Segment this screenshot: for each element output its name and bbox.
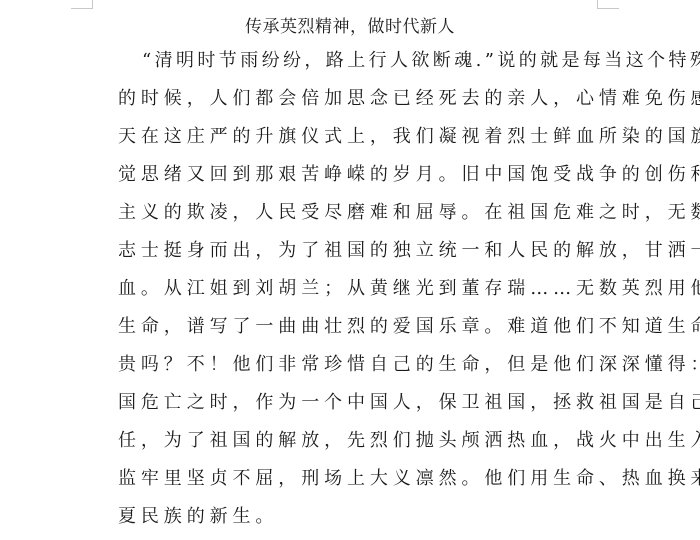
paragraph-line: 血。从江姐到刘胡兰；从黄继光到董存瑞……无数英烈用他们的 <box>118 276 598 314</box>
paragraph-line: 生命，谱写了一曲曲壮烈的爱国乐章。难道他们不知道生命的可 <box>118 314 598 352</box>
paragraph-line: 国危亡之时，作为一个中国人，保卫祖国，拯救祖国是自己的责 <box>118 390 598 428</box>
page-corner-mark-right <box>597 0 619 9</box>
paragraph-line: 监牢里坚贞不屈，刑场上大义凛然。他们用生命、热血换来了华 <box>118 466 598 504</box>
paragraph-line: 夏民族的新生。 <box>118 504 598 540</box>
document-body: “清明时节雨纷纷，路上行人欲断魂.”说的就是每当这个特殊 的时候，人们都会倍加思… <box>118 48 598 540</box>
paragraph-line: “清明时节雨纷纷，路上行人欲断魂.”说的就是每当这个特殊 <box>118 48 598 86</box>
paragraph-line: 志士挺身而出，为了祖国的独立统一和人民的解放，甘洒一腔热 <box>118 238 598 276</box>
paragraph-line: 天在这庄严的升旗仪式上，我们凝视着烈士鲜血所染的国旗，不 <box>118 124 598 162</box>
paragraph-line: 觉思绪又回到那艰苦峥嵘的岁月。旧中国饱受战争的创伤和帝国 <box>118 162 598 200</box>
paragraph-line: 任，为了祖国的解放，先烈们抛头颅洒热血，战火中出生入死， <box>118 428 598 466</box>
paragraph-line: 贵吗？不！他们非常珍惜自己的生命，但是他们深深懂得：在祖 <box>118 352 598 390</box>
document-title: 传承英烈精神，做时代新人 <box>0 12 700 37</box>
paragraph-line: 主义的欺凌，人民受尽磨难和屈辱。在祖国危难之时，无数爱国 <box>118 200 598 238</box>
page-corner-mark-left <box>71 0 93 9</box>
paragraph-line: 的时候，人们都会倍加思念已经死去的亲人，心情难免伤感。今 <box>118 86 598 124</box>
